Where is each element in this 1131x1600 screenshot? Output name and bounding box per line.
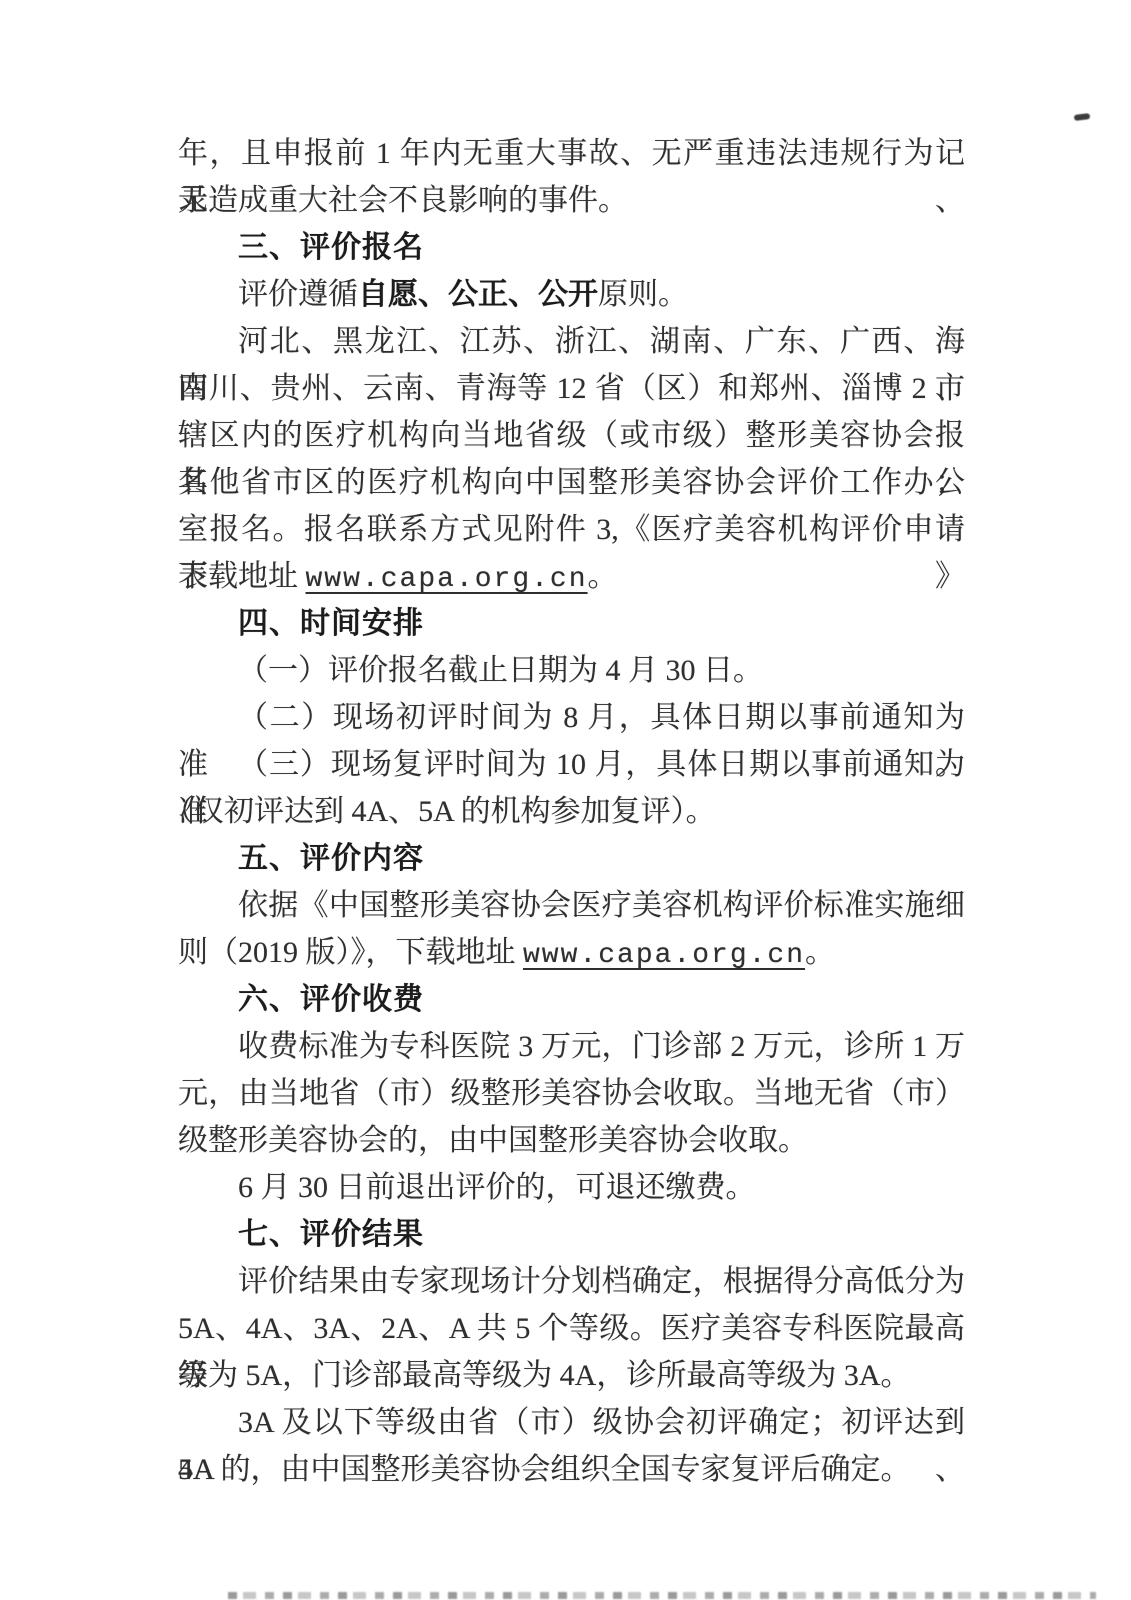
text-line: 依据《中国整形美容协会医疗美容机构评价标准实施细: [178, 882, 965, 929]
text-line: （一）评价报名截止日期为 4 月 30 日。: [178, 647, 965, 694]
url-text: www.capa.org.cn: [523, 940, 805, 971]
text-line: 收费标准为专科医院 3 万元，门诊部 2 万元，诊所 1 万: [178, 1023, 965, 1070]
document-page: 年，且申报前 1 年内无重大事故、无严重违法违规行为记录、无造成重大社会不良影响…: [0, 0, 1131, 1600]
text-line: （二）现场初评时间为 8 月，具体日期以事前通知为准。: [178, 694, 965, 741]
body-text: 6 月 30 日前退出评价的，可退还缴费。: [238, 1171, 756, 1204]
emphasis-text: 自愿、公正、公开: [358, 278, 598, 311]
text-line: 则（2019 版）》，下载地址 www.capa.org.cn。: [178, 929, 965, 976]
body-text: 元，由当地省（市）级整形美容协会收取。当地无省（市）: [178, 1077, 965, 1110]
emphasis-text: 七、评价结果: [238, 1218, 424, 1251]
body-text: 则（2019 版）》，下载地址: [178, 936, 523, 969]
section-heading: 四、时间安排: [178, 600, 965, 647]
body-text: （仅初评达到 4A、5A 的机构参加复评）。: [164, 795, 716, 828]
text-line: 室报名。报名联系方式见附件 3,《医疗美容机构评价申请表》: [178, 506, 965, 553]
body-text: 级整形美容协会的，由中国整形美容协会收取。: [178, 1124, 808, 1157]
text-line: 3A 及以下等级由省（市）级协会初评确定；初评达到 4A、: [178, 1399, 965, 1446]
text-line: 元，由当地省（市）级整形美容协会收取。当地无省（市）: [178, 1070, 965, 1117]
body-text: （一）评价报名截止日期为 4 月 30 日。: [238, 654, 763, 687]
body-text: 评价遵循: [238, 278, 358, 311]
emphasis-text: 六、评价收费: [238, 983, 424, 1016]
body-text: 。: [588, 560, 618, 593]
section-heading: 五、评价内容: [178, 835, 965, 882]
section-heading: 三、评价报名: [178, 224, 965, 271]
body-text: 级为 5A，门诊部最高等级为 4A，诊所最高等级为 3A。: [178, 1359, 911, 1392]
url-text: www.capa.org.cn: [306, 564, 588, 595]
text-line: 评价结果由专家现场计分划档确定，根据得分高低分为: [178, 1258, 965, 1305]
body-text: 5A 的，由中国整形美容协会组织全国专家复评后确定。: [178, 1453, 911, 1486]
document-body: 年，且申报前 1 年内无重大事故、无严重违法违规行为记录、无造成重大社会不良影响…: [178, 130, 965, 1493]
text-line: 5A、4A、3A、2A、A 共 5 个等级。医疗美容专科医院最高等: [178, 1305, 965, 1352]
emphasis-text: 五、评价内容: [238, 842, 424, 875]
text-line: 其他省市区的医疗机构向中国整形美容协会评价工作办公: [178, 459, 965, 506]
body-text: 其他省市区的医疗机构向中国整形美容协会评价工作办公: [178, 466, 965, 499]
text-line: 评价遵循自愿、公正、公开原则。: [178, 271, 965, 318]
text-line: 6 月 30 日前退出评价的，可退还缴费。: [178, 1164, 965, 1211]
text-line: 辖区内的医疗机构向当地省级（或市级）整形美容协会报名；: [178, 412, 965, 459]
cutoff-text-strip: [228, 1592, 1096, 1599]
emphasis-text: 四、时间安排: [238, 607, 424, 640]
body-text: 无造成重大社会不良影响的事件。: [178, 184, 628, 217]
section-heading: 七、评价结果: [178, 1211, 965, 1258]
text-line: （三）现场复评时间为 10 月，具体日期以事前通知为准: [178, 741, 965, 788]
text-line: 年，且申报前 1 年内无重大事故、无严重违法违规行为记录、: [178, 130, 965, 177]
scan-artifact-mark: [1074, 113, 1091, 121]
text-line: 级整形美容协会的，由中国整形美容协会收取。: [178, 1117, 965, 1164]
section-heading: 六、评价收费: [178, 976, 965, 1023]
emphasis-text: 三、评价报名: [238, 231, 424, 264]
body-text: 原则。: [598, 278, 688, 311]
text-line: 级为 5A，门诊部最高等级为 4A，诊所最高等级为 3A。: [178, 1352, 965, 1399]
body-text: 评价结果由专家现场计分划档确定，根据得分高低分为: [238, 1265, 965, 1298]
body-text: 。: [805, 936, 835, 969]
text-line: （仅初评达到 4A、5A 的机构参加复评）。: [164, 788, 965, 835]
body-text: 收费标准为专科医院 3 万元，门诊部 2 万元，诊所 1 万: [238, 1030, 965, 1063]
body-text: 依据《中国整形美容协会医疗美容机构评价标准实施细: [238, 889, 965, 922]
text-line: 河北、黑龙江、江苏、浙江、湖南、广东、广西、海南、: [178, 318, 965, 365]
body-text: 下载地址: [178, 560, 306, 593]
text-line: 四川、贵州、云南、青海等 12 省（区）和郑州、淄博 2 市: [178, 365, 965, 412]
text-line: 5A 的，由中国整形美容协会组织全国专家复评后确定。: [178, 1446, 965, 1493]
body-text: 四川、贵州、云南、青海等 12 省（区）和郑州、淄博 2 市: [178, 372, 965, 405]
